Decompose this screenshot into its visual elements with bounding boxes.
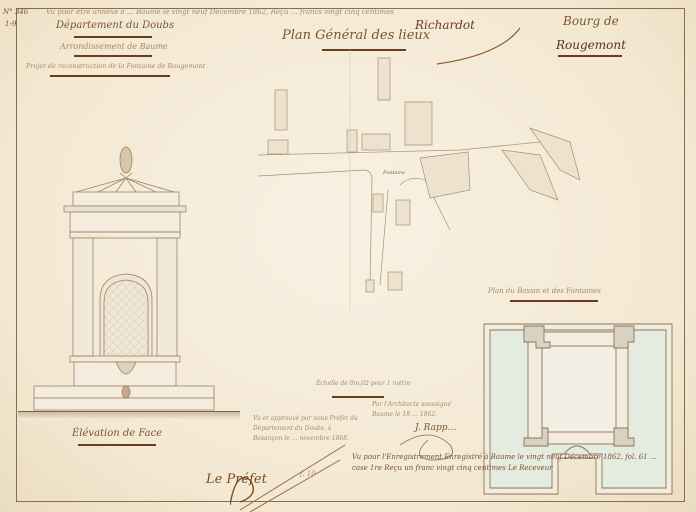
approval-strokes <box>230 440 380 512</box>
site-map-drawing <box>240 50 580 310</box>
elevation-caption-underline <box>78 444 156 446</box>
fountain-elevation-drawing <box>20 130 260 430</box>
plan-caption: Plan du Bassin et des Fontaines <box>488 287 601 295</box>
plan-caption-underline <box>510 300 598 302</box>
registration-note: Vu pour l'Enregistrement Enregistré à Ba… <box>352 452 672 474</box>
ground-hatching <box>18 412 240 420</box>
scale-bar <box>332 396 384 398</box>
scale-label: Échelle de 0m,02 pour 1 mètre <box>316 380 411 387</box>
map-fountain-label: Fontaine <box>383 170 405 176</box>
basin-plan-drawing <box>478 318 678 508</box>
locality-line-1: Bourg de <box>563 14 619 28</box>
architect-note: Par l'Architecte soussigné Baume le 18 …… <box>372 400 468 420</box>
elevation-caption: Élévation de Face <box>72 428 162 439</box>
